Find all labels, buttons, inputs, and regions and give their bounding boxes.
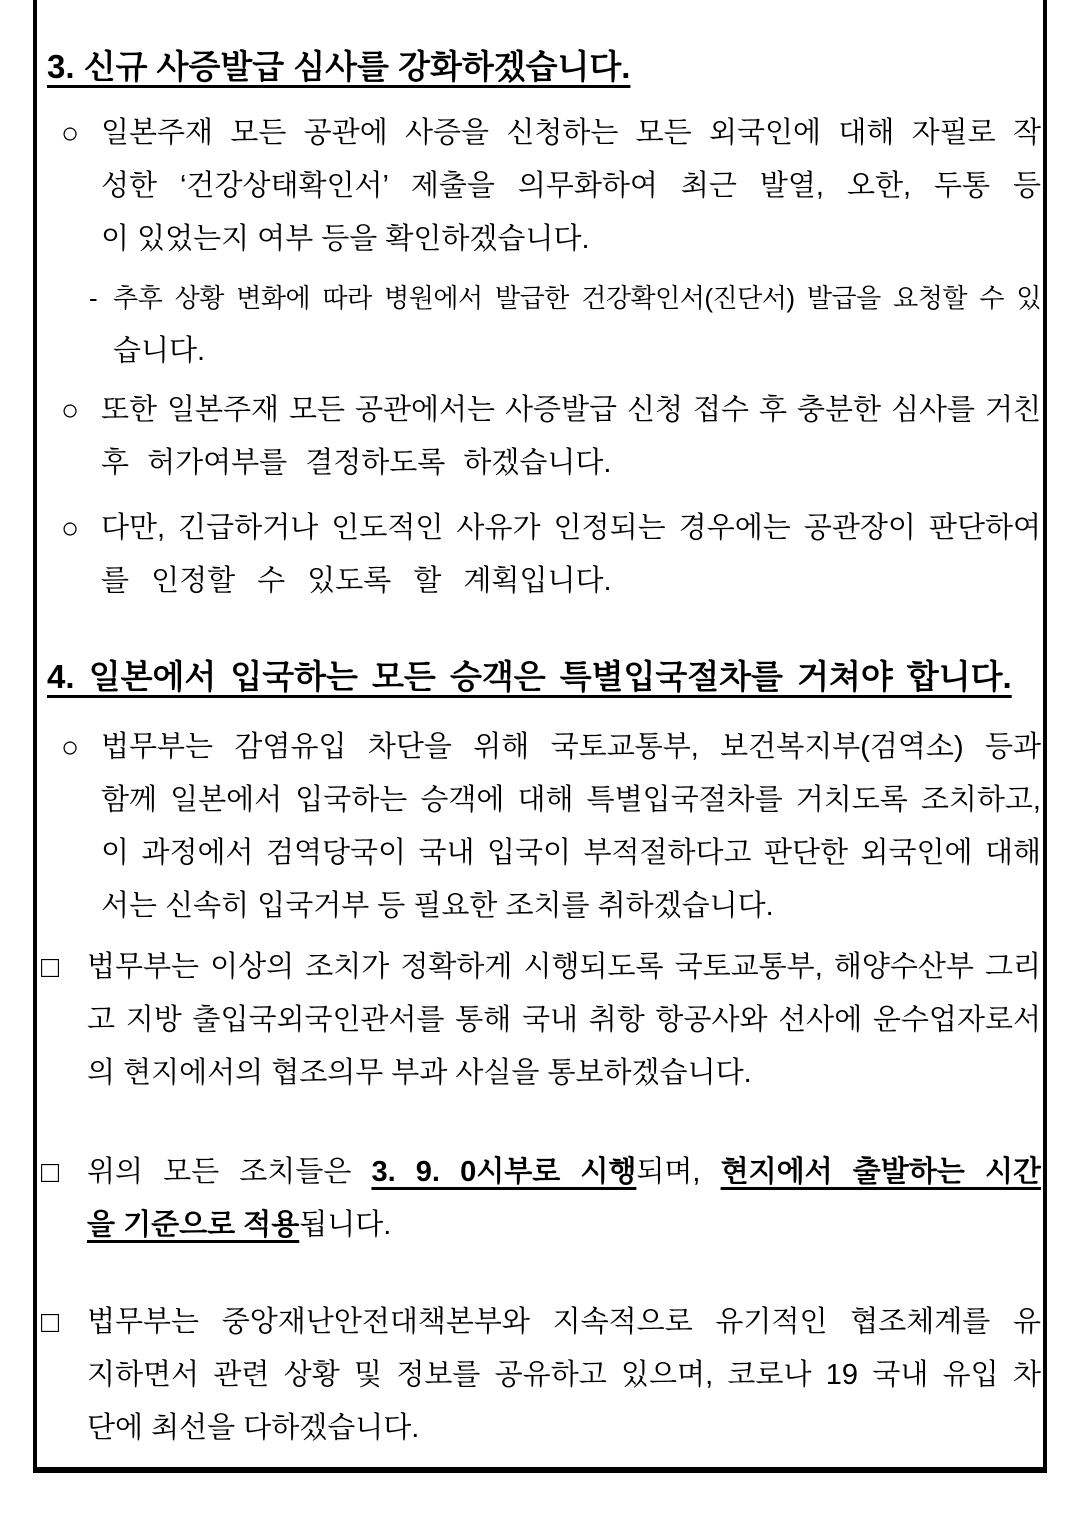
- text-line: 을 기준으로 적용됩니다.: [87, 1199, 1041, 1252]
- text-line: 의 현지에서의 협조의무 부과 사실을 통보하겠습니다.: [87, 1047, 1041, 1100]
- circle-bullet-icon: ○: [61, 721, 101, 774]
- text-line: 법무부는 중앙재난안전대책본부와 지속적으로 유기적인 협조체계를 유: [87, 1296, 1041, 1349]
- text-line: 일본주재 모든 공관에 사증을 신청하는 모든 외국인에 대해 자필로 작: [101, 107, 1041, 160]
- text-line: 후 허가여부를 결정하도록 하겠습니다.: [101, 437, 1041, 490]
- emphasized-text-segment: 3. 9. 0시부로 시행: [371, 1156, 636, 1188]
- dash-bullet-icon: -: [89, 272, 113, 325]
- circle-bullet-icon: ○: [61, 384, 101, 437]
- text-line: 성한 ‘건강상태확인서’ 제출을 의무화하여 최근 발열, 오한, 두통 등: [101, 160, 1041, 213]
- plain-text-segment: 되며,: [636, 1156, 720, 1188]
- bullet-visa-review: ○ 또한 일본주재 모든 공관에서는 사증발급 신청 접수 후 충분한 심사를 …: [61, 384, 1041, 490]
- section-4-heading: 4. 일본에서 입국하는 모든 승객은 특별입국절차를 거쳐야 합니다.: [47, 654, 1041, 699]
- bullet-text: 법무부는 감염유입 차단을 위해 국토교통부, 보건복지부(검역소) 등과 함께…: [101, 721, 1041, 933]
- emphasized-text-segment: 을 기준으로 적용: [87, 1209, 299, 1241]
- bullet-text: 법무부는 이상의 조치가 정확하게 시행되도록 국토교통부, 해양수산부 그리 …: [87, 941, 1041, 1100]
- text-line: 다만, 긴급하거나 인도적인 사유가 인정되는 경우에는 공관장이 판단하여 예…: [101, 502, 1041, 555]
- emphasized-text-segment: 현지에서 출발하는 시간: [721, 1156, 1041, 1188]
- bullet-text: 위의 모든 조치들은 3. 9. 0시부로 시행되며, 현지에서 출발하는 시간…: [87, 1146, 1041, 1252]
- subbullet-medical-certificate: - 추후 상황 변화에 따라 병원에서 발급한 건강확인서(진단서) 발급을 요…: [89, 272, 1041, 378]
- plain-text-segment: 위의 모든 조치들은: [87, 1156, 371, 1188]
- section-3-heading-text: 3. 신규 사증발급 심사를 강화하겠습니다.: [47, 48, 630, 85]
- text-line: 위의 모든 조치들은 3. 9. 0시부로 시행되며, 현지에서 출발하는 시간: [87, 1146, 1041, 1199]
- text-line: 단에 최선을 다하겠습니다.: [87, 1402, 1041, 1455]
- bullet-health-status-form: ○ 일본주재 모든 공관에 사증을 신청하는 모든 외국인에 대해 자필로 작 …: [61, 107, 1041, 266]
- circle-bullet-icon: ○: [61, 107, 101, 160]
- text-line: 추후 상황 변화에 따라 병원에서 발급한 건강확인서(진단서) 발급을 요청할…: [113, 272, 1041, 325]
- text-line: 또한 일본주재 모든 공관에서는 사증발급 신청 접수 후 충분한 심사를 거친: [101, 384, 1041, 437]
- bullet-text: 또한 일본주재 모든 공관에서는 사증발급 신청 접수 후 충분한 심사를 거친…: [101, 384, 1041, 490]
- bullet-text: 추후 상황 변화에 따라 병원에서 발급한 건강확인서(진단서) 발급을 요청할…: [113, 272, 1041, 378]
- text-line: 지하면서 관련 상황 및 정보를 공유하고 있으며, 코로나 19 국내 유입 …: [87, 1349, 1041, 1402]
- text-line: 습니다.: [113, 325, 1041, 378]
- circle-bullet-icon: ○: [61, 502, 101, 555]
- document-border-frame: 3. 신규 사증발급 심사를 강화하겠습니다. ○ 일본주재 모든 공관에 사증…: [33, 0, 1047, 1473]
- text-line: 함께 일본에서 입국하는 승객에 대해 특별입국절차를 거치도록 조치하고,: [101, 774, 1041, 827]
- square-bullet-icon: □: [41, 1296, 87, 1349]
- document-content: 3. 신규 사증발급 심사를 강화하겠습니다. ○ 일본주재 모든 공관에 사증…: [37, 0, 1043, 1455]
- text-line: 서는 신속히 입국거부 등 필요한 조치를 취하겠습니다.: [101, 880, 1041, 933]
- text-line: 이 과정에서 검역당국이 국내 입국이 부적절하다고 판단한 외국인에 대해: [101, 827, 1041, 880]
- bullet-carrier-obligation-notice: □ 법무부는 이상의 조치가 정확하게 시행되도록 국토교통부, 해양수산부 그…: [41, 941, 1041, 1100]
- bullet-special-entry-procedure: ○ 법무부는 감염유입 차단을 위해 국토교통부, 보건복지부(검역소) 등과 …: [61, 721, 1041, 933]
- bullet-text: 다만, 긴급하거나 인도적인 사유가 인정되는 경우에는 공관장이 판단하여 예…: [101, 502, 1041, 608]
- text-line: 를 인정할 수 있도록 할 계획입니다.: [101, 555, 1041, 608]
- document-page: 3. 신규 사증발급 심사를 강화하겠습니다. ○ 일본주재 모든 공관에 사증…: [0, 0, 1081, 1516]
- text-line: 법무부는 감염유입 차단을 위해 국토교통부, 보건복지부(검역소) 등과: [101, 721, 1041, 774]
- text-line: 고 지방 출입국외국인관서를 통해 국내 취항 항공사와 선사에 운수업자로서: [87, 994, 1041, 1047]
- section-3-heading: 3. 신규 사증발급 심사를 강화하겠습니다.: [47, 44, 1041, 89]
- square-bullet-icon: □: [41, 941, 87, 994]
- section-4-heading-text: 4. 일본에서 입국하는 모든 승객은 특별입국절차를 거쳐야 합니다.: [47, 658, 1012, 695]
- plain-text-segment: 됩니다.: [299, 1209, 391, 1241]
- bullet-cooperation-system: □ 법무부는 중앙재난안전대책본부와 지속적으로 유기적인 협조체계를 유 지하…: [41, 1296, 1041, 1455]
- text-line: 법무부는 이상의 조치가 정확하게 시행되도록 국토교통부, 해양수산부 그리: [87, 941, 1041, 994]
- bullet-effective-date: □ 위의 모든 조치들은 3. 9. 0시부로 시행되며, 현지에서 출발하는 …: [41, 1146, 1041, 1252]
- bullet-exception-cases: ○ 다만, 긴급하거나 인도적인 사유가 인정되는 경우에는 공관장이 판단하여…: [61, 502, 1041, 608]
- text-line: 이 있었는지 여부 등을 확인하겠습니다.: [101, 213, 1041, 266]
- bullet-text: 법무부는 중앙재난안전대책본부와 지속적으로 유기적인 협조체계를 유 지하면서…: [87, 1296, 1041, 1455]
- bullet-text: 일본주재 모든 공관에 사증을 신청하는 모든 외국인에 대해 자필로 작 성한…: [101, 107, 1041, 266]
- square-bullet-icon: □: [41, 1146, 87, 1199]
